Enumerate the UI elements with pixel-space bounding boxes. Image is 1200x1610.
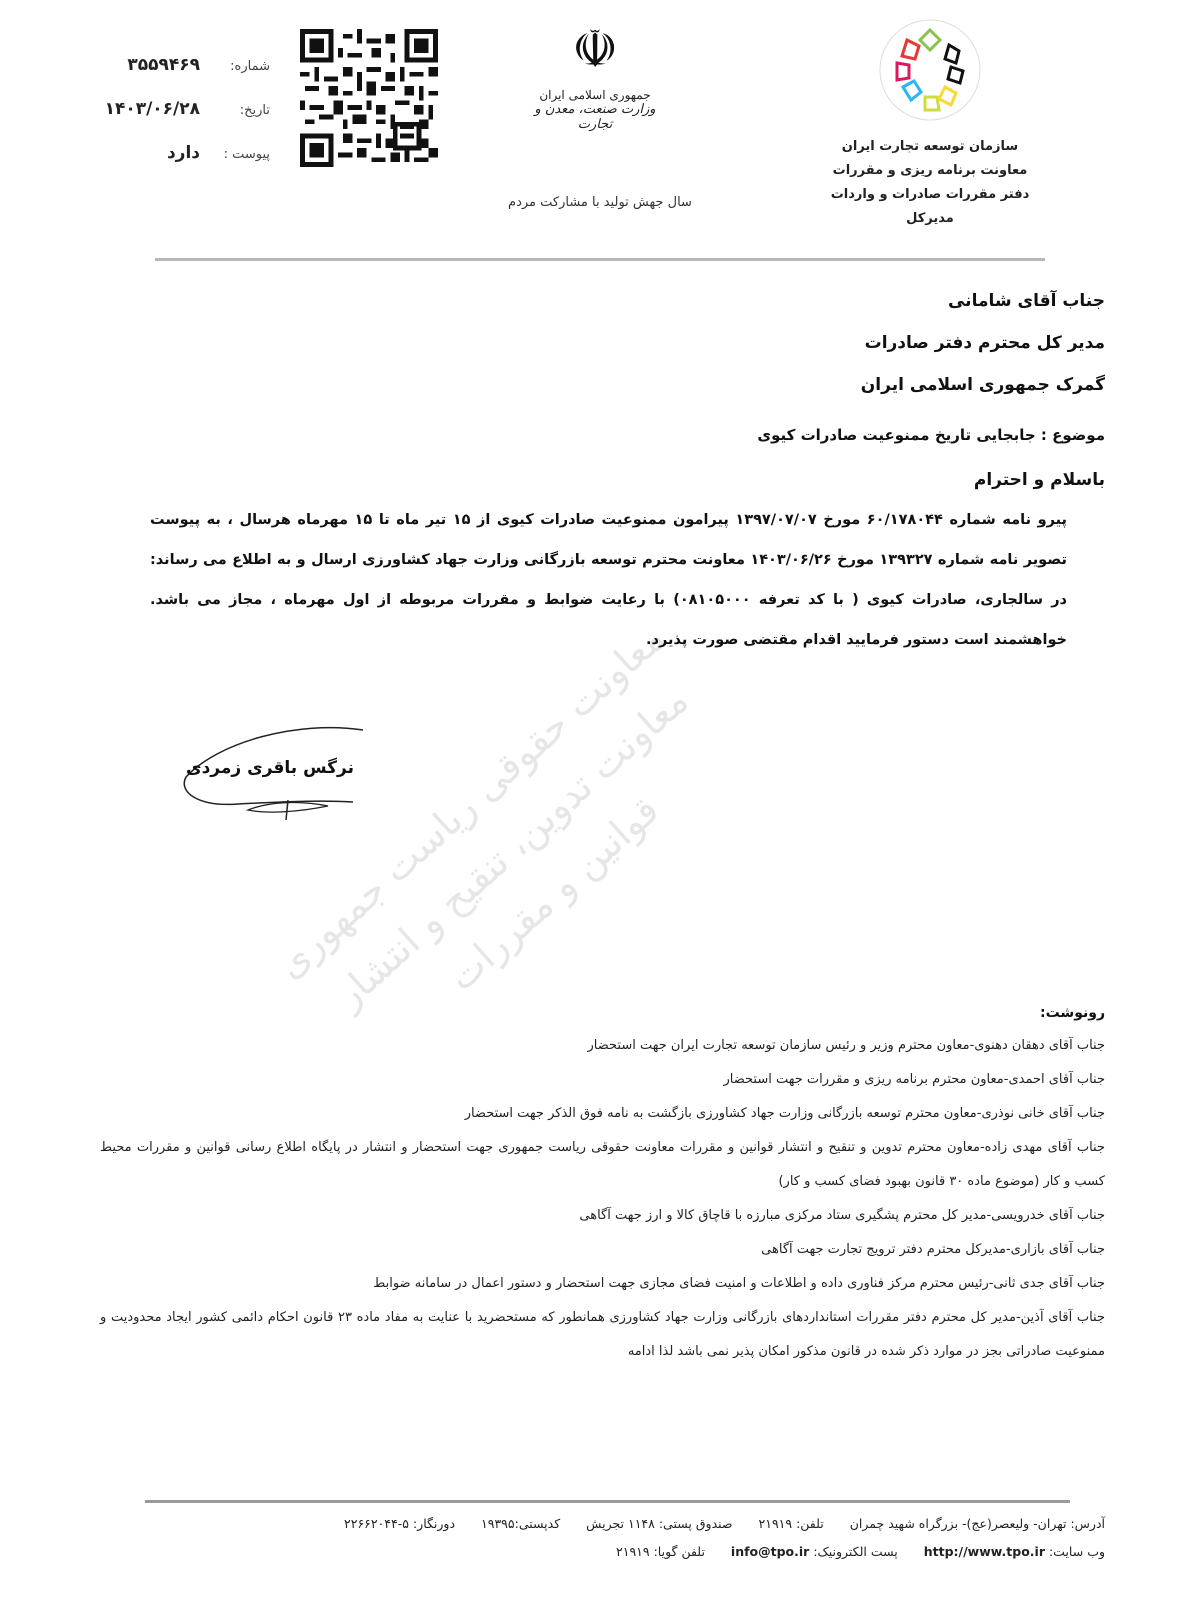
letter-content: جناب آقای شامانی مدیر کل محترم دفتر صادر… [150,280,1105,660]
letter-meta: شماره: ۳۵۵۹۴۶۹ تاریخ: ۱۴۰۳/۰۶/۲۸ پیوست :… [95,55,270,187]
letter-page: معاونت حقوقی ریاست جمهوری معاونت تدوین، … [0,0,1200,1610]
letter-number: شماره: ۳۵۵۹۴۶۹ [95,55,270,99]
footer-address: آدرس: تهران- ولیعصر(عج)- بزرگراه شهید چم… [850,1510,1105,1538]
cc-item: جناب آقای جدی ثانی-رئیس محترم مرکز فناور… [100,1267,1105,1301]
org-title: مدیرکل [810,207,1050,231]
greeting: باسلام و احترام [150,470,1105,490]
header-divider [155,258,1045,261]
footer-phone: تلفن: ۲۱۹۱۹ [759,1510,824,1538]
attachment-value: دارد [167,143,200,163]
qr-code [300,25,438,171]
cc-item: جناب آقای خانی نوذری-معاون محترم توسعه ب… [100,1097,1105,1131]
footer-fax: دورنگار: ۵-۲۲۶۶۲۰۴۴ [344,1510,455,1538]
recipient-title: مدیر کل محترم دفتر صادرات [150,322,1105,364]
year-slogan: سال جهش تولید با مشارکت مردم [480,195,720,210]
letter-date: تاریخ: ۱۴۰۳/۰۶/۲۸ [95,99,270,143]
recipient-block: جناب آقای شامانی مدیر کل محترم دفتر صادر… [150,280,1105,406]
tpo-logo-icon [875,15,985,125]
organization-lines: سازمان توسعه تجارت ایران معاونت برنامه ر… [810,135,1050,231]
footer-voice-phone: تلفن گویا: ۲۱۹۱۹ [616,1538,705,1566]
cc-item: جناب آقای احمدی-معاون محترم برنامه ریزی … [100,1063,1105,1097]
emblem-icon: ☫ [520,20,670,80]
footer-contact-line: آدرس: تهران- ولیعصر(عج)- بزرگراه شهید چم… [100,1510,1105,1538]
footer-po-box: صندوق پستی: ۱۱۴۸ تجریش [586,1510,732,1538]
emblem-ministry: وزارت صنعت، معدن و تجارت [520,102,670,132]
letter-subject: موضوع : جابجایی تاریخ ممنوعیت صادرات کیو… [150,426,1105,444]
signature-block: نرگس باقری زمردی [178,722,378,822]
org-name: سازمان توسعه تجارت ایران [810,135,1050,159]
number-value: ۳۵۵۹۴۶۹ [127,55,200,75]
footer-email: پست الکترونیک: info@tpo.ir [731,1538,898,1566]
footer-website: وب سایت: http://www.tpo.ir [924,1538,1105,1566]
recipient-name: جناب آقای شامانی [150,280,1105,322]
letter-footer: آدرس: تهران- ولیعصر(عج)- بزرگراه شهید چم… [100,1510,1105,1566]
cc-list: رونوشت: جناب آقای دهقان دهنوی-معاون محتر… [100,1005,1105,1369]
footer-web-line: وب سایت: http://www.tpo.ir پست الکترونیک… [100,1538,1105,1566]
letter-body: پیرو نامه شماره ۶۰/۱۷۸۰۴۴ مورخ ۱۳۹۷/۰۷/۰… [150,500,1105,660]
cc-item: جناب آقای دهقان دهنوی-معاون محترم وزیر و… [100,1029,1105,1063]
website-link[interactable]: http://www.tpo.ir [924,1544,1045,1559]
date-label: تاریخ: [210,103,270,118]
cc-item: جناب آقای بازاری-مدیرکل محترم دفتر ترویج… [100,1233,1105,1267]
footer-postal-code: کدپستی:۱۹۳۹۵ [481,1510,560,1538]
cc-item: جناب آقای مهدی زاده-معاون محترم تدوین و … [100,1131,1105,1199]
date-value: ۱۴۰۳/۰۶/۲۸ [105,99,200,119]
cc-item: جناب آقای خدرویسی-مدیر کل محترم پشگیری س… [100,1199,1105,1233]
cc-title: رونوشت: [100,1005,1105,1021]
number-label: شماره: [210,59,270,74]
qr-code-icon [300,25,438,171]
cc-item: جناب آقای آذین-مدیر کل محترم دفتر مقررات… [100,1301,1105,1369]
org-deputy: معاونت برنامه ریزی و مقررات [810,159,1050,183]
attachment-label: پیوست : [210,147,270,162]
signatory-name: نرگس باقری زمردی [186,758,354,778]
recipient-org: گمرک جمهوری اسلامی ایران [150,364,1105,406]
organization-header: سازمان توسعه تجارت ایران معاونت برنامه ر… [810,15,1050,231]
letter-attachment: پیوست : دارد [95,143,270,187]
website-label: وب سایت: [1049,1544,1105,1559]
footer-divider [145,1500,1070,1503]
org-office: دفتر مقررات صادرات و واردات [810,183,1050,207]
email-link[interactable]: info@tpo.ir [731,1544,809,1559]
emblem-country: جمهوری اسلامی ایران [520,88,670,102]
email-label: پست الکترونیک: [813,1544,897,1559]
iran-emblem: ☫ جمهوری اسلامی ایران وزارت صنعت، معدن و… [520,20,670,132]
